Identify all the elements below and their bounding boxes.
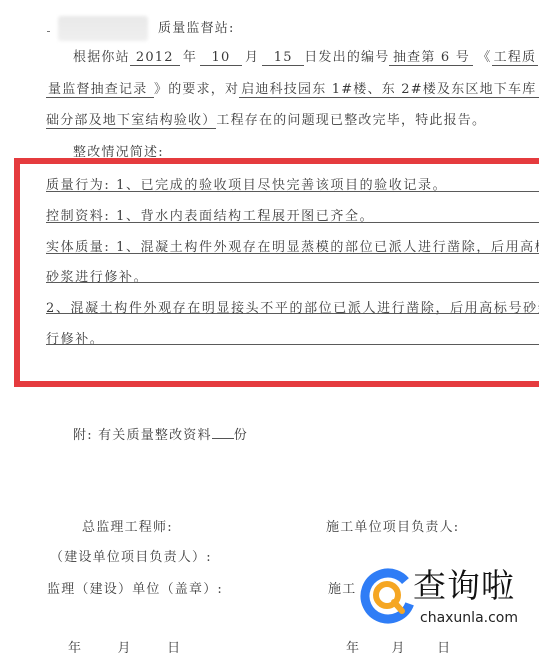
day-label: 日发出的编号 <box>304 50 389 65</box>
quote-close: 》的要求，对 <box>154 82 239 97</box>
date-month-label: 月 <box>118 641 132 653</box>
watermark-url: chaxunla.com <box>420 610 518 626</box>
project-part2: 础分部及地下室结构验收） <box>46 113 216 129</box>
dash-mark <box>47 31 50 32</box>
contractor-manager-label: 施工单位项目负责人: <box>326 516 459 535</box>
owner-rep-label: （建设单位项目负责人）: <box>50 546 212 565</box>
date-year-label: 年 <box>68 641 82 653</box>
search-logo-icon <box>360 568 416 624</box>
intro-line-1: 根据你站2012年10月15日发出的编号抽查第 6 号《工程质 <box>73 46 538 66</box>
date-year-label: 年 <box>346 641 360 653</box>
attachment-line: 附: 有关质量整改资料份 <box>73 424 248 443</box>
redacted-station-name <box>58 16 148 41</box>
date-day-label: 日 <box>167 641 181 653</box>
rule-line <box>46 313 539 314</box>
year-field: 2012 <box>130 50 180 66</box>
supervisor-unit-seal-label: 监理（建设）单位（盖章）: <box>47 578 223 597</box>
year-label: 年 <box>183 50 197 65</box>
intro-prefix: 根据你站 <box>73 50 130 65</box>
addressee-suffix: 质量监督站: <box>158 17 235 36</box>
month-label: 月 <box>245 50 259 65</box>
left-date: 年 月 日 <box>68 637 181 653</box>
rule-line <box>46 253 539 254</box>
project-part1: 启迪科技园东 1#楼、东 2#楼及东区地下车库（基 <box>239 82 539 98</box>
right-date: 年 月 日 <box>346 637 451 653</box>
record-title-part2: 量监督抽查记录 <box>46 82 154 98</box>
chief-supervisor-label: 总监理工程师: <box>82 516 173 535</box>
rule-line <box>46 191 539 192</box>
rule-line <box>46 344 539 345</box>
intro-line-3: 础分部及地下室结构验收）工程存在的问题现已整改完毕，特此报告。 <box>46 109 486 129</box>
date-month-label: 月 <box>392 641 406 653</box>
closing-text: 工程存在的问题现已整改完毕，特此报告。 <box>216 113 486 128</box>
contractor-seal-label: 施工 <box>328 578 356 597</box>
day-field: 15 <box>262 50 304 66</box>
quote-open: 《 <box>477 50 491 65</box>
month-field: 10 <box>200 50 242 66</box>
rule-line <box>46 282 539 283</box>
attachment-text: 附: 有关质量整改资料 <box>73 428 212 443</box>
watermark-brand: 查询啦 <box>413 566 515 606</box>
intro-line-2: 量监督抽查记录》的要求，对启迪科技园东 1#楼、东 2#楼及东区地下车库（基 <box>46 78 539 98</box>
attachment-count-field <box>212 438 234 439</box>
record-title-part1: 工程质 <box>492 50 539 66</box>
doc-number-field: 抽查第 6 号 <box>389 50 473 66</box>
rule-line <box>46 222 539 223</box>
date-day-label: 日 <box>437 641 451 653</box>
attachment-unit: 份 <box>234 428 248 443</box>
